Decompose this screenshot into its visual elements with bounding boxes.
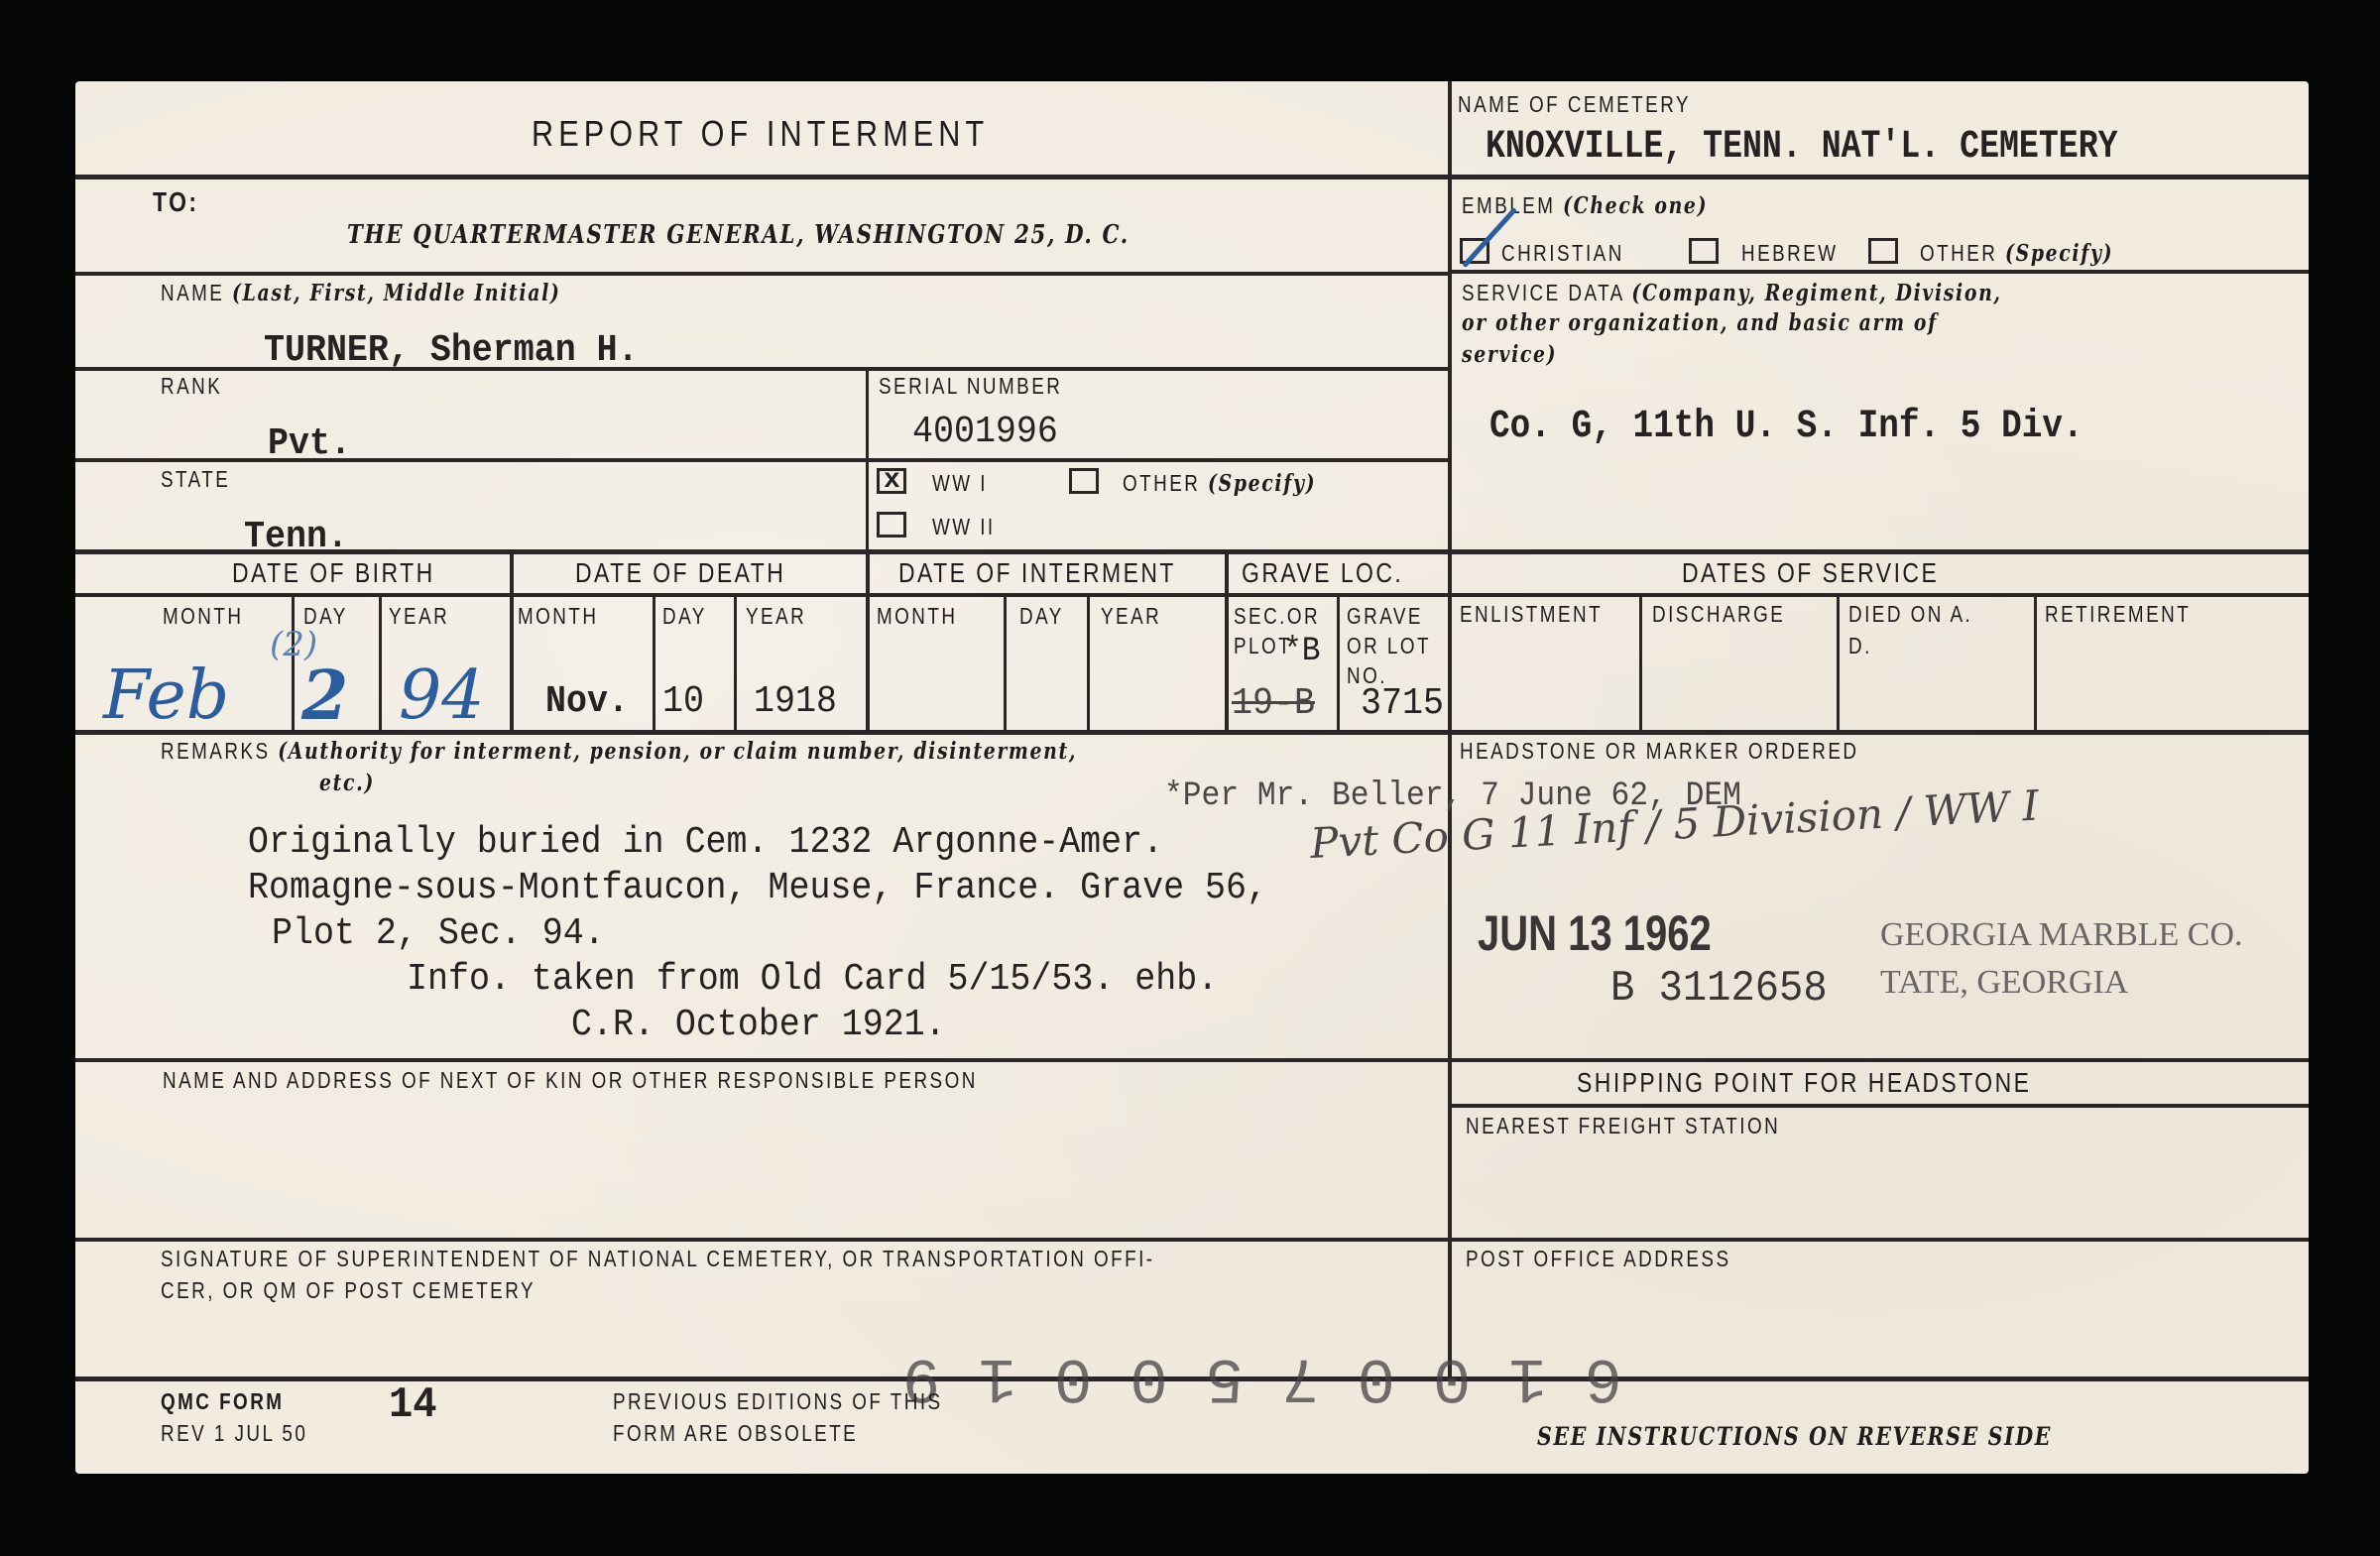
footer-instructions: SEE INSTRUCTIONS ON REVERSE SIDE (1537, 1422, 2052, 1451)
doi-header: DATE OF INTERMENT (898, 557, 1176, 589)
doi-year-label: YEAR (1101, 603, 1161, 630)
grave-sec-value: 19-B (1232, 682, 1315, 725)
signature-label-1: SIGNATURE OF SUPERINTENDENT OF NATIONAL … (161, 1246, 1155, 1272)
service-discharge-label: DISCHARGE (1652, 601, 1785, 628)
state-value: Tenn. (244, 516, 348, 558)
grave-loc-header: GRAVE LOC. (1242, 557, 1403, 589)
grave-sec-annotation: *B (1283, 633, 1321, 670)
cemetery-value: KNOXVILLE, TENN. NAT'L. CEMETERY (1486, 125, 2118, 170)
footer-form-number: 14 (389, 1380, 437, 1430)
service-died-label-2: D. (1848, 633, 1872, 659)
freight-station-label: NEAREST FREIGHT STATION (1466, 1113, 1780, 1139)
to-value: THE QUARTERMASTER GENERAL, WASHINGTON 25… (347, 220, 1130, 250)
divider-doi-day (1087, 595, 1090, 732)
form-title: REPORT OF INTERMENT (532, 113, 989, 155)
war-other-checkbox[interactable] (1069, 468, 1099, 494)
dob-day-value: 2 (301, 657, 348, 736)
war-other-label: OTHER (Specify) (1123, 470, 1316, 497)
service-data-value: Co. G, 11th U. S. Inf. 5 Div. (1489, 405, 2083, 449)
service-data-hint-3: service) (1462, 341, 1557, 368)
dob-month-value: Feb (103, 657, 229, 735)
headstone-order-number: B 3112658 (1610, 964, 1828, 1014)
dates-of-service-header: DATES OF SERVICE (1682, 557, 1939, 589)
war-ww1-label: WW I (932, 470, 988, 497)
emblem-hebrew-checkbox[interactable] (1689, 238, 1719, 264)
grave-lot-label-2: OR LOT (1347, 633, 1431, 659)
grave-lot-label-1: GRAVE (1347, 603, 1423, 630)
service-enlistment-label: ENLISTMENT (1460, 601, 1603, 628)
doi-month-label: MONTH (877, 603, 957, 630)
divider-grave (1337, 595, 1340, 732)
footer-rev: REV 1 JUL 50 (161, 1420, 307, 1447)
footer-form-label: QMC FORM (161, 1388, 284, 1415)
remarks-line-5: C.R. October 1921. (571, 1004, 946, 1046)
rule-next-of-kin (75, 1238, 2309, 1242)
divider-dod-day (734, 595, 737, 732)
divider-service-2 (1837, 595, 1840, 732)
war-ww2-checkbox[interactable] (877, 512, 906, 538)
headstone-label: HEADSTONE OR MARKER ORDERED (1460, 738, 1858, 765)
divider-service-3 (2034, 595, 2037, 732)
doi-day-label: DAY (1019, 603, 1064, 630)
dod-month-value: Nov. (545, 680, 629, 723)
dod-day-value: 10 (662, 680, 704, 723)
dod-month-label: MONTH (518, 603, 598, 630)
grave-sec-label-1: SEC.OR (1234, 603, 1320, 630)
dob-month-label: MONTH (163, 603, 243, 630)
dob-header: DATE OF BIRTH (232, 557, 435, 589)
divider-dob-day (379, 595, 382, 732)
emblem-label: EMBLEM (Check one) (1462, 192, 1708, 219)
emblem-other-label: OTHER (Specify) (1920, 240, 2113, 267)
emblem-other-checkbox[interactable] (1868, 238, 1898, 264)
dod-year-value: 1918 (754, 680, 837, 723)
dob-year-value: 94 (399, 657, 485, 735)
signature-label-2: CER, OR QM OF POST CEMETERY (161, 1277, 535, 1304)
war-ww2-label: WW II (932, 514, 996, 540)
rule-cemetery (1450, 175, 2309, 180)
emblem-hebrew-label: HEBREW (1741, 240, 1839, 267)
footer-obsolete-1: PREVIOUS EDITIONS OF THIS (613, 1388, 943, 1415)
headstone-date-stamp: JUN 13 1962 (1478, 904, 1712, 962)
cemetery-label: NAME OF CEMETERY (1458, 91, 1691, 118)
remarks-line-4: Info. taken from Old Card 5/15/53. ehb. (407, 958, 1218, 1001)
interment-report-card: REPORT OF INTERMENT NAME OF CEMETERY KNO… (75, 81, 2309, 1474)
service-died-label: DIED ON A. (1848, 601, 1972, 628)
rule-emblem (1450, 270, 2309, 274)
remarks-line-1: Originally buried in Cem. 1232 Argonne-A… (248, 821, 1163, 864)
footer-obsolete-2: FORM ARE OBSOLETE (613, 1420, 858, 1447)
war-ww1-checkbox[interactable]: x (877, 468, 906, 494)
to-label: TO: (153, 186, 198, 218)
headstone-supplier-line1: GEORGIA MARBLE CO. (1880, 916, 2243, 954)
shipping-header: SHIPPING POINT FOR HEADSTONE (1577, 1067, 2031, 1099)
rule-remarks (75, 1058, 2309, 1062)
dob-year-label: YEAR (389, 603, 449, 630)
remarks-line-2: Romagne-sous-Montfaucon, Meuse, France. … (248, 867, 1267, 909)
rank-value: Pvt. (268, 422, 351, 465)
dod-day-label: DAY (662, 603, 707, 630)
service-retirement-label: RETIREMENT (2045, 601, 2191, 628)
dod-header: DATE OF DEATH (575, 557, 785, 589)
service-data-label: SERVICE DATA (Company, Regiment, Divisio… (1462, 280, 2002, 306)
dod-year-label: YEAR (746, 603, 806, 630)
serial-number-label: SERIAL NUMBER (879, 373, 1062, 400)
rule-to (75, 272, 1450, 276)
divider-dod-end (866, 551, 870, 732)
divider-dob-end (510, 551, 514, 732)
rule-shipping-header (1450, 1104, 2309, 1108)
serial-number-value: 4001996 (912, 411, 1058, 453)
rank-label: RANK (161, 373, 222, 400)
divider-doi-end (1225, 551, 1229, 732)
stamped-number: 6100750019 (865, 1341, 1622, 1412)
emblem-christian-label: CHRISTIAN (1501, 240, 1624, 267)
rule-date-header (75, 593, 2309, 597)
service-data-hint-2: or other organization, and basic arm of (1462, 309, 1938, 336)
next-of-kin-label: NAME AND ADDRESS OF NEXT OF KIN OR OTHER… (163, 1067, 978, 1094)
divider-dod-month (653, 595, 655, 732)
state-label: STATE (161, 466, 230, 493)
headstone-supplier-line2: TATE, GEORGIA (1880, 964, 2128, 1002)
divider-doi-month (1004, 595, 1007, 732)
name-label: NAME (Last, First, Middle Initial) (161, 280, 560, 306)
name-value: TURNER, Sherman H. (264, 329, 639, 372)
grave-lot-value: 3715 (1361, 682, 1444, 725)
divider-service-1 (1639, 595, 1642, 732)
rule-state (75, 549, 2309, 554)
remarks-line-3: Plot 2, Sec. 94. (272, 912, 605, 955)
remarks-label: REMARKS (Authority for interment, pensio… (161, 738, 1077, 765)
rule-title (75, 175, 1450, 180)
post-office-label: POST OFFICE ADDRESS (1466, 1246, 1731, 1272)
remarks-hint-2: etc.) (319, 770, 375, 796)
